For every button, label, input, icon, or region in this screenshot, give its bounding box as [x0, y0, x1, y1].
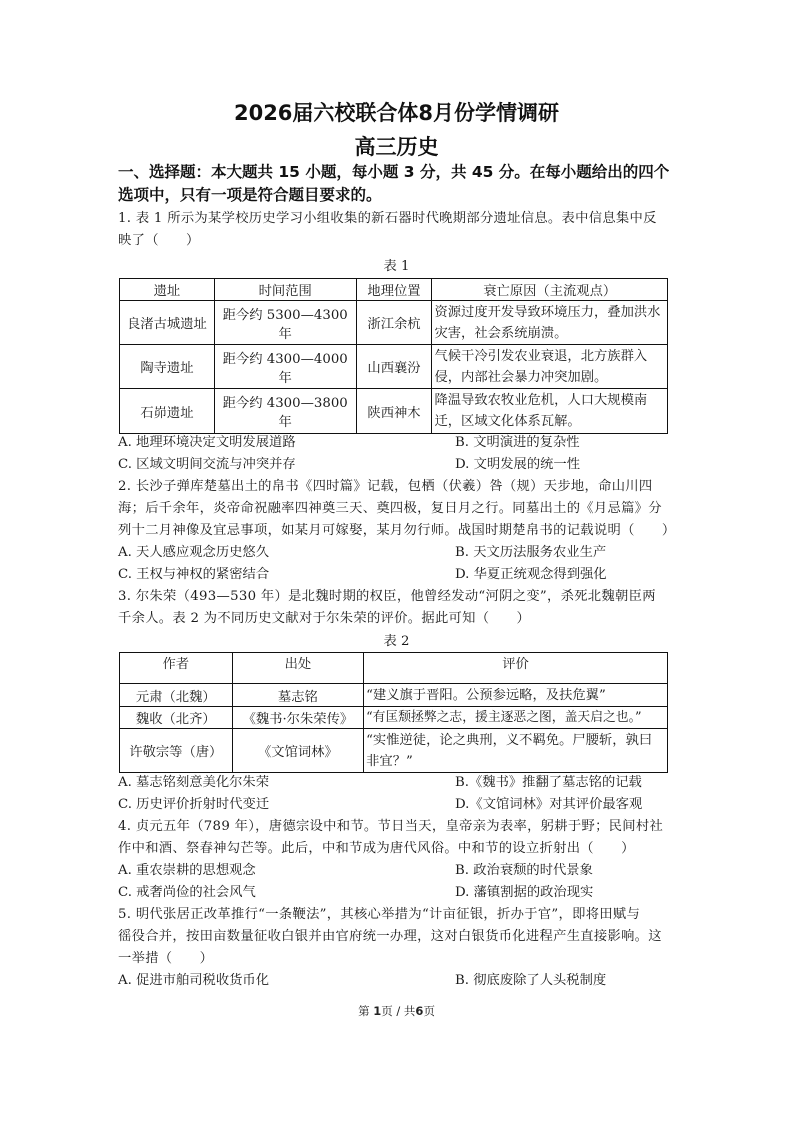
q3-option-b[interactable]: B.《魏书》推翻了墓志铭的记载	[455, 772, 642, 794]
table2-eval: “建义旗于晋阳。公预参远略，及扶危翼”	[364, 684, 668, 707]
q5-stem-line3: 一举措（ ）	[118, 948, 678, 970]
page-footer: 第 1页 / 共6页	[0, 1003, 793, 1019]
table1-site: 陶寺遗址	[120, 345, 215, 389]
q1-stem-line1: 1. 表 1 所示为某学校历史学习小组收集的新石器时代晚期部分遗址信息。表中信息…	[118, 208, 678, 230]
table1-time: 距今约 5300—4300 年	[214, 301, 356, 345]
footer-prefix: 第	[358, 1004, 373, 1018]
q5-option-a[interactable]: A. 促进市舶司税收货币化	[118, 970, 269, 992]
q4-stem-line1: 4. 贞元五年（789 年），唐德宗设中和节。节日当天，皇帝亲为表率，躬耕于野；…	[118, 816, 678, 838]
q5-option-b[interactable]: B. 彻底废除了人头税制度	[455, 970, 606, 992]
table-row: 元肃（北魏） 墓志铭 “建义旗于晋阳。公预参远略，及扶危翼”	[120, 684, 668, 707]
table2-author: 许敬宗等（唐）	[120, 729, 233, 773]
table1-place: 浙江余杭	[356, 301, 432, 345]
table1-caption: 表 1	[0, 255, 793, 274]
q2-option-c[interactable]: C. 王权与神权的紧密结合	[118, 564, 269, 586]
q1-option-a[interactable]: A. 地理环境决定文明发展道路	[118, 432, 296, 454]
q3-stem-line2: 千余人。表 2 为不同历史文献对于尔朱荣的评价。据此可知（ ）	[118, 608, 678, 630]
table1-time: 距今约 4300—4000 年	[214, 345, 356, 389]
section-heading-line1: 一、选择题：本大题共 15 小题，每小题 3 分，共 45 分。在每小题给出的四…	[118, 161, 678, 184]
footer-suffix: 页	[423, 1004, 435, 1018]
table2-header-eval: 评价	[364, 653, 668, 684]
q2-stem-line3: 列十二月神像及宜忌事项，如某月可嫁娶，某月勿行师。战国时期楚帛书的记载说明（ ）	[118, 520, 678, 542]
table2-header-author: 作者	[120, 653, 233, 684]
table1-header-time: 时间范围	[214, 279, 356, 301]
table1-header-row: 遗址 时间范围 地理位置 衰亡原因（主流观点）	[120, 279, 668, 301]
table-row: 石峁遗址 距今约 4300—3800 年 陕西神木 降温导致农牧业危机，人口大规…	[120, 389, 668, 434]
exam-subject: 高三历史	[0, 131, 793, 161]
exam-title: 2026届六校联合体8月份学情调研	[0, 97, 793, 127]
table2: 作者 出处 评价 元肃（北魏） 墓志铭 “建义旗于晋阳。公预参远略，及扶危翼” …	[119, 652, 668, 773]
table2-author: 元肃（北魏）	[120, 684, 233, 707]
q3-option-c[interactable]: C. 历史评价折射时代变迁	[118, 794, 269, 816]
section-heading-line2: 选项中，只有一项是符合题目要求的。	[118, 184, 678, 207]
table-row: 魏收（北齐） 《魏书·尔朱荣传》 “有匡颓拯弊之志，援主逐恶之图，盖天启之也。”	[120, 707, 668, 729]
table1-place: 陕西神木	[356, 389, 432, 434]
q4-option-b[interactable]: B. 政治衰颓的时代景象	[455, 860, 593, 882]
table1-header-place: 地理位置	[356, 279, 432, 301]
table2-eval: “有匡颓拯弊之志，援主逐恶之图，盖天启之也。”	[364, 707, 668, 729]
table1: 遗址 时间范围 地理位置 衰亡原因（主流观点） 良渚古城遗址 距今约 5300—…	[119, 278, 668, 434]
table1-site: 良渚古城遗址	[120, 301, 215, 345]
table1-site: 石峁遗址	[120, 389, 215, 434]
table2-author: 魏收（北齐）	[120, 707, 233, 729]
q1-stem-line2: 映了（ ）	[118, 230, 678, 252]
table2-source: 墓志铭	[232, 684, 363, 707]
table-row: 许敬宗等（唐） 《文馆词林》 “实惟逆徒，论之典刑，义不羁免。尸腰斩，孰曰非宜？…	[120, 729, 668, 773]
table1-header-site: 遗址	[120, 279, 215, 301]
table1-cause: 气候干冷引发农业衰退，北方族群入侵，内部社会暴力冲突加剧。	[432, 345, 668, 389]
q2-option-a[interactable]: A. 天人感应观念历史悠久	[118, 542, 269, 564]
q4-option-d[interactable]: D. 藩镇割据的政治现实	[455, 882, 593, 904]
table2-eval: “实惟逆徒，论之典刑，义不羁免。尸腰斩，孰曰非宜？”	[364, 729, 668, 773]
table2-header-source: 出处	[232, 653, 363, 684]
q3-stem-line1: 3. 尔朱荣（493—530 年）是北魏时期的权臣，他曾经发动“河阴之变”，杀死…	[118, 586, 678, 608]
q3-option-a[interactable]: A. 墓志铭刻意美化尔朱荣	[118, 772, 269, 794]
table2-source: 《文馆词林》	[232, 729, 363, 773]
table1-cause: 资源过度开发导致环境压力，叠加洪水灾害，社会系统崩溃。	[432, 301, 668, 345]
table2-header-row: 作者 出处 评价	[120, 653, 668, 684]
q3-option-d[interactable]: D.《文馆词林》对其评价最客观	[455, 794, 642, 816]
table-row: 陶寺遗址 距今约 4300—4000 年 山西襄汾 气候干冷引发农业衰退，北方族…	[120, 345, 668, 389]
q2-option-d[interactable]: D. 华夏正统观念得到强化	[455, 564, 607, 586]
q4-stem-line2: 作中和酒、祭春神勾芒等。此后，中和节成为唐代风俗。中和节的设立折射出（ ）	[118, 838, 678, 860]
table-row: 良渚古城遗址 距今约 5300—4300 年 浙江余杭 资源过度开发导致环境压力…	[120, 301, 668, 345]
q1-option-d[interactable]: D. 文明发展的统一性	[455, 454, 580, 476]
q2-stem-line2: 海；后千余年，炎帝命祝融率四神奠三天、奠四极，复日月之行。同墓出土的《月忌篇》分	[118, 498, 678, 520]
q5-stem-line1: 5. 明代张居正改革推行“一条鞭法”，其核心举措为“计亩征银，折办于官”，即将田…	[118, 904, 678, 926]
q1-option-c[interactable]: C. 区域文明间交流与冲突并存	[118, 454, 296, 476]
table2-source: 《魏书·尔朱荣传》	[232, 707, 363, 729]
footer-middle: 页 / 共	[381, 1004, 415, 1018]
q4-option-a[interactable]: A. 重农崇耕的思想观念	[118, 860, 256, 882]
table1-time: 距今约 4300—3800 年	[214, 389, 356, 434]
q2-option-b[interactable]: B. 天文历法服务农业生产	[455, 542, 606, 564]
q5-stem-line2: 徭役合并，按田亩数量征收白银并由官府统一办理，这对白银货币化进程产生直接影响。这	[118, 926, 678, 948]
table2-caption: 表 2	[0, 630, 793, 649]
q1-option-b[interactable]: B. 文明演进的复杂性	[455, 432, 580, 454]
table1-header-cause: 衰亡原因（主流观点）	[432, 279, 668, 301]
q4-option-c[interactable]: C. 戒奢尚俭的社会风气	[118, 882, 256, 904]
table1-place: 山西襄汾	[356, 345, 432, 389]
table1-cause: 降温导致农牧业危机，人口大规模南迁，区域文化体系瓦解。	[432, 389, 668, 434]
q2-stem-line1: 2. 长沙子弹库楚墓出土的帛书《四时篇》记载，包栖（伏羲）咎（规）天步地，命山川…	[118, 476, 678, 498]
